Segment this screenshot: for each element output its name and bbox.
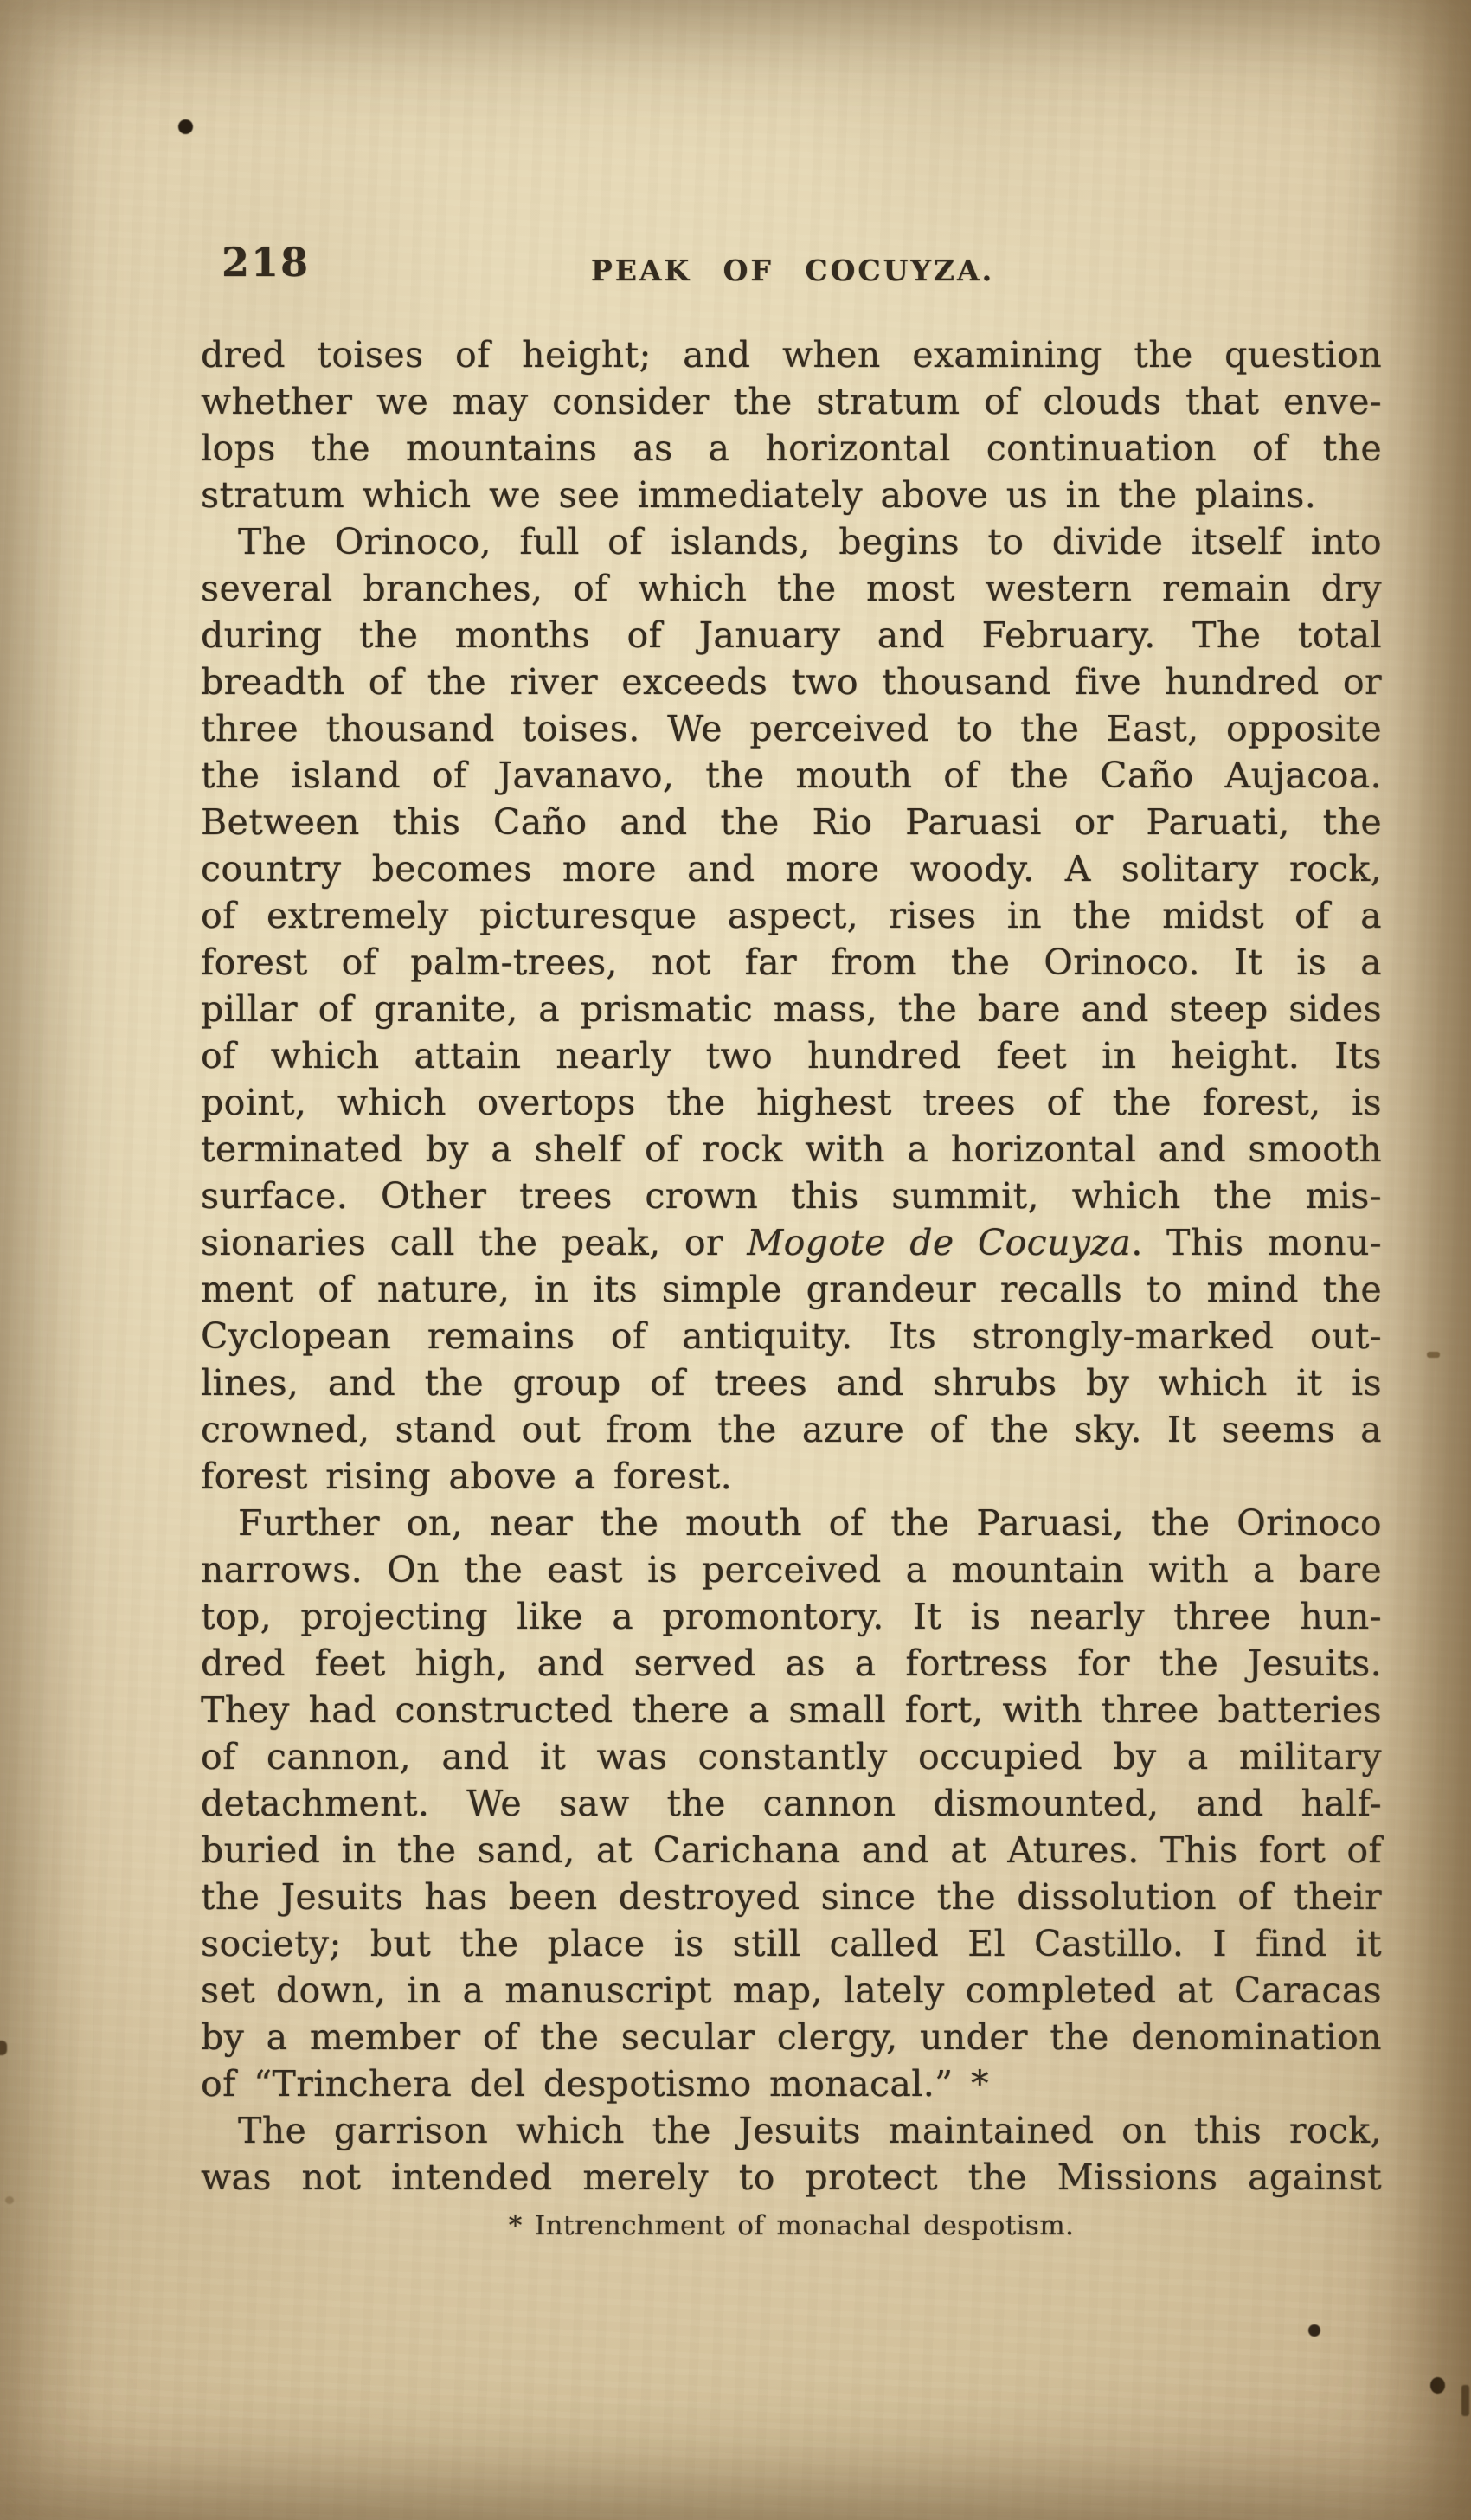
edge-mark bbox=[1461, 2385, 1469, 2416]
edge-mark bbox=[0, 2041, 7, 2055]
text-line: narrows. On the east is perceived a moun… bbox=[201, 1546, 1382, 1593]
text-line: the Jesuits has been destroyed since the… bbox=[201, 1874, 1382, 1920]
ink-speck bbox=[5, 2196, 14, 2204]
body-text: dred toises of height; and when examinin… bbox=[201, 331, 1382, 2201]
text-line: ment of nature, in its simple grandeur r… bbox=[201, 1266, 1382, 1313]
text-line: was not intended merely to protect the M… bbox=[201, 2154, 1382, 2201]
paragraph: dred toises of height; and when examinin… bbox=[201, 331, 1382, 518]
text-line: terminated by a shelf of rock with a hor… bbox=[201, 1126, 1382, 1173]
text-line: forest rising above a forest. bbox=[201, 1453, 1382, 1500]
paragraph: Further on, near the mouth of the Paruas… bbox=[201, 1500, 1382, 2107]
text-line: stratum which we see immediately above u… bbox=[201, 472, 1382, 518]
text-line: breadth of the river exceeds two thousan… bbox=[201, 659, 1382, 705]
text-line: country becomes more and more woody. A s… bbox=[201, 845, 1382, 892]
text-line: lines, and the group of trees and shrubs… bbox=[201, 1360, 1382, 1406]
text-line: forest of palm-trees, not far from the O… bbox=[201, 939, 1382, 986]
page-number: 218 bbox=[222, 239, 310, 286]
text-line: The garrison which the Jesuits maintaine… bbox=[201, 2107, 1382, 2154]
text-line: of cannon, and it was constantly occupie… bbox=[201, 1733, 1382, 1780]
paragraph: The Orinoco, full of islands, begins to … bbox=[201, 518, 1382, 1500]
text-line: of extremely picturesque aspect, rises i… bbox=[201, 892, 1382, 939]
book-page-scan: 218 PEAK OF COCUYZA. dred toises of heig… bbox=[0, 0, 1471, 2520]
text-line: detachment. We saw the cannon dismounted… bbox=[201, 1780, 1382, 1827]
text-line: by a member of the secular clergy, under… bbox=[201, 2014, 1382, 2060]
text-line: top, projecting like a promontory. It is… bbox=[201, 1593, 1382, 1640]
text-line: of which attain nearly two hundred feet … bbox=[201, 1032, 1382, 1079]
ink-speck bbox=[178, 119, 193, 134]
ink-speck bbox=[1308, 2324, 1320, 2337]
text-line: pillar of granite, a prismatic mass, the… bbox=[201, 986, 1382, 1032]
text-line: sionaries call the peak, or Mogote de Co… bbox=[201, 1219, 1382, 1266]
text-line: Cyclopean remains of antiquity. Its stro… bbox=[201, 1313, 1382, 1360]
text-line: set down, in a manuscript map, lately co… bbox=[201, 1967, 1382, 2014]
text-line: several branches, of which the most west… bbox=[201, 565, 1382, 612]
text-line: dred feet high, and served as a fortress… bbox=[201, 1640, 1382, 1687]
text-line: dred toises of height; and when examinin… bbox=[201, 331, 1382, 378]
paragraph: The garrison which the Jesuits maintaine… bbox=[201, 2107, 1382, 2201]
text-line: buried in the sand, at Carichana and at … bbox=[201, 1827, 1382, 1874]
text-line: point, which overtops the highest trees … bbox=[201, 1079, 1382, 1126]
text-line: Further on, near the mouth of the Paruas… bbox=[201, 1500, 1382, 1546]
text-line: society; but the place is still called E… bbox=[201, 1920, 1382, 1967]
ink-speck bbox=[1430, 2377, 1445, 2394]
text-line: crowned, stand out from the azure of the… bbox=[201, 1406, 1382, 1453]
text-line: lops the mountains as a horizontal conti… bbox=[201, 425, 1382, 472]
text-line: Between this Caño and the Rio Paruasi or… bbox=[201, 799, 1382, 845]
text-line: the island of Javanavo, the mouth of the… bbox=[201, 752, 1382, 799]
text-line: The Orinoco, full of islands, begins to … bbox=[201, 518, 1382, 565]
text-line: of “Trinchera del despotismo monacal.” * bbox=[201, 2060, 1382, 2107]
margin-mark bbox=[1427, 1352, 1440, 1358]
text-line: three thousand toises. We perceived to t… bbox=[201, 705, 1382, 752]
text-line: They had constructed there a small fort,… bbox=[201, 1687, 1382, 1733]
text-line: during the months of January and Februar… bbox=[201, 612, 1382, 659]
text-line: whether we may consider the stratum of c… bbox=[201, 378, 1382, 425]
text-line: surface. Other trees crown this summit, … bbox=[201, 1173, 1382, 1219]
footnote: * Intrenchment of monachal despotism. bbox=[201, 2210, 1382, 2241]
running-title: PEAK OF COCUYZA. bbox=[591, 254, 994, 287]
